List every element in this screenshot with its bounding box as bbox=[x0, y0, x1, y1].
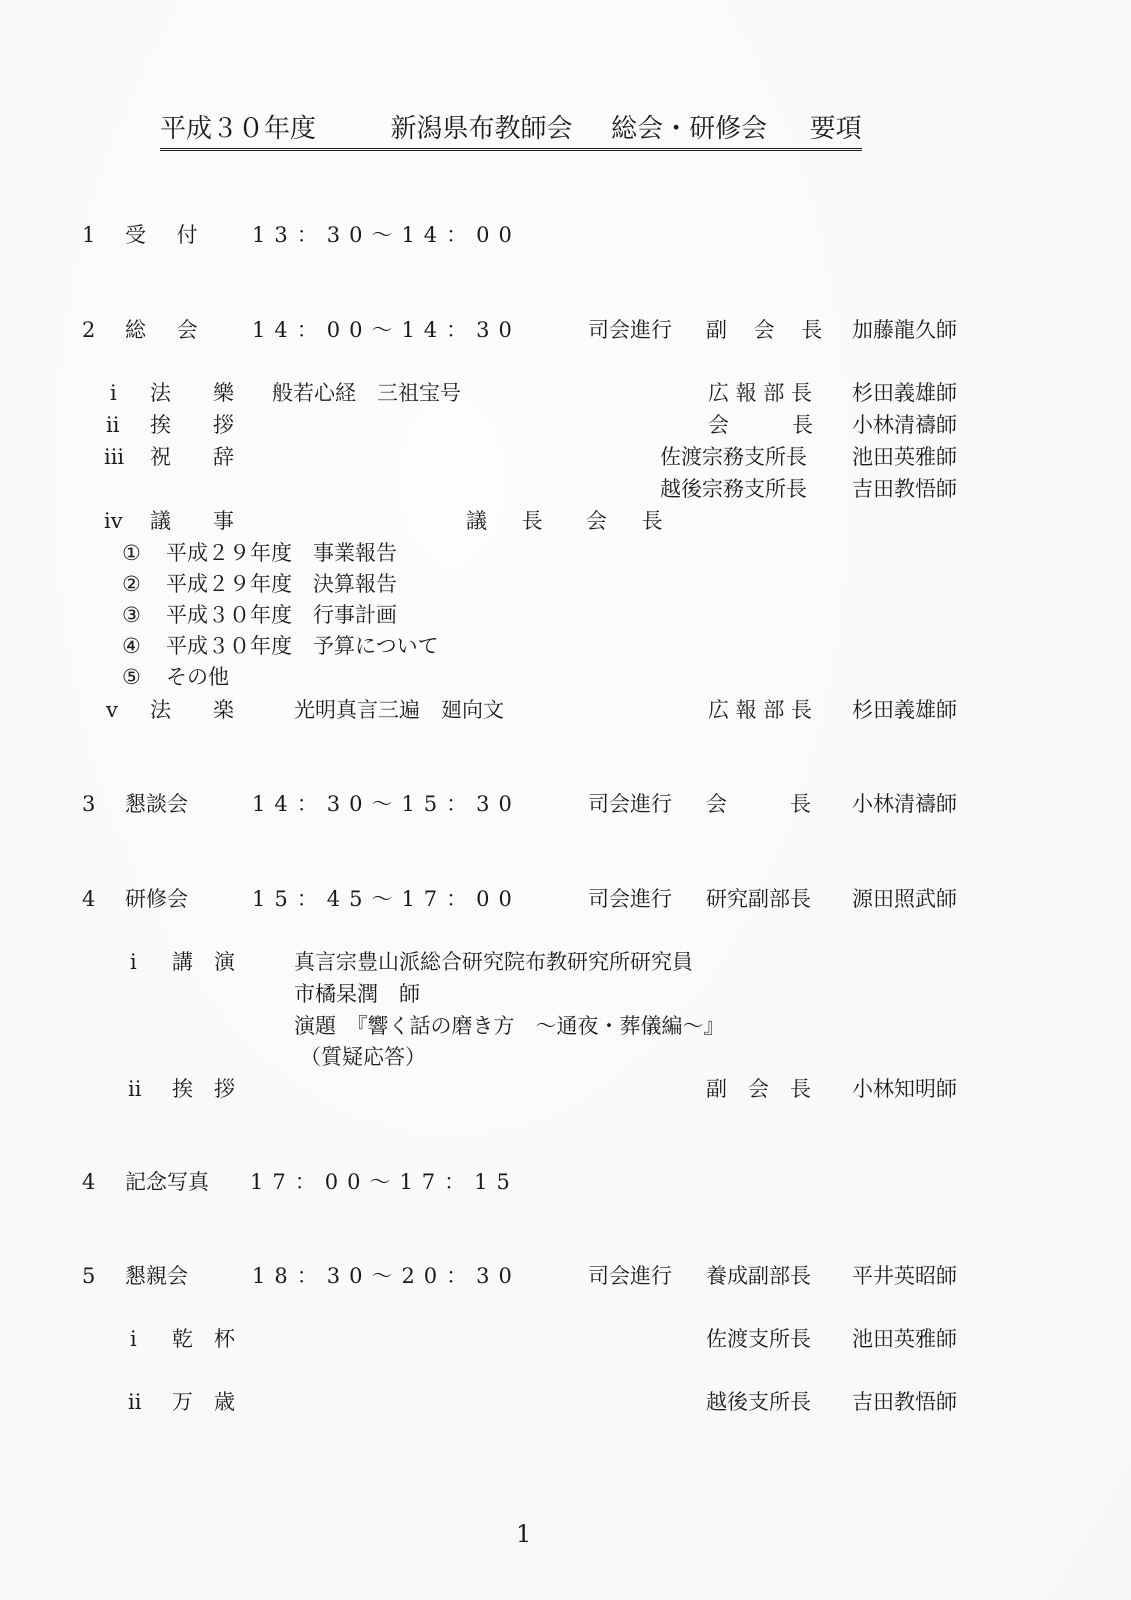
agenda-3-mark: ③ bbox=[122, 602, 141, 628]
agenda-1-mark: ① bbox=[122, 540, 141, 566]
item-5-ii-label: 万 歳 bbox=[172, 1389, 235, 1415]
section-photo-number: 4 bbox=[82, 1169, 95, 1195]
section-2-number: 2 bbox=[82, 317, 95, 343]
section-2-mc-label: 司会進行 bbox=[588, 317, 672, 343]
section-3-mc-label: 司会進行 bbox=[588, 791, 672, 817]
item-2-v-mark: v bbox=[106, 697, 118, 723]
item-2-iii-role2: 越後宗務支所長 bbox=[660, 476, 807, 502]
section-3-time: 14：30～15：30 bbox=[252, 791, 521, 817]
section-4-time: 15：45～17：00 bbox=[252, 886, 521, 912]
item-2-i-mark: i bbox=[110, 380, 117, 406]
section-5-label: 懇親会 bbox=[125, 1263, 188, 1289]
document-page: 平成３０年度 新潟県布教師会 総会・研修会 要項 1 受 付 13：30～14：… bbox=[0, 0, 1131, 1600]
item-4-ii-person: 小林知明師 bbox=[852, 1076, 957, 1102]
section-3-role: 会 長 bbox=[706, 791, 811, 817]
page-number: 1 bbox=[516, 1520, 531, 1548]
agenda-2-mark: ② bbox=[122, 571, 141, 597]
section-2-label: 総 会 bbox=[125, 317, 210, 343]
section-5-role: 養成副部長 bbox=[706, 1263, 811, 1289]
item-2-ii-label: 挨 拶 bbox=[150, 412, 234, 438]
section-4-person: 源田照武師 bbox=[852, 886, 957, 912]
item-4-i-mark: i bbox=[130, 949, 137, 975]
section-1-label: 受 付 bbox=[125, 222, 210, 248]
item-2-iii-person2: 吉田教悟師 bbox=[852, 476, 957, 502]
item-5-ii-person: 吉田教悟師 bbox=[852, 1389, 957, 1415]
item-2-ii-person: 小林清禱師 bbox=[852, 412, 957, 438]
section-5-person: 平井英昭師 bbox=[852, 1263, 957, 1289]
agenda-3-text: 平成３０年度 行事計画 bbox=[166, 602, 397, 628]
title-year: 平成３０年度 bbox=[160, 112, 316, 146]
item-2-iv-chair-label: 議 長 bbox=[466, 508, 557, 534]
item-5-i-person: 池田英雅師 bbox=[852, 1326, 957, 1352]
section-5-time: 18：30～20：30 bbox=[252, 1263, 521, 1289]
lecturer-name: 市橘杲潤 師 bbox=[294, 981, 420, 1007]
item-2-iii-label: 祝 辞 bbox=[150, 444, 234, 470]
item-4-ii-mark: ii bbox=[128, 1076, 141, 1102]
title-event: 総会・研修会 bbox=[611, 112, 767, 146]
section-1-number: 1 bbox=[82, 222, 95, 248]
agenda-1-text: 平成２９年度 事業報告 bbox=[166, 540, 397, 566]
section-4-label: 研修会 bbox=[125, 886, 188, 912]
title-suffix: 要項 bbox=[810, 112, 862, 146]
section-2-time: 14：00～14：30 bbox=[252, 317, 521, 343]
section-5-mc-label: 司会進行 bbox=[588, 1263, 672, 1289]
section-4-number: 4 bbox=[82, 886, 95, 912]
section-5-number: 5 bbox=[82, 1263, 95, 1289]
item-2-iii-mark: iii bbox=[104, 444, 124, 470]
item-5-i-role: 佐渡支所長 bbox=[706, 1326, 811, 1352]
item-2-i-role: 広 報 部 長 bbox=[708, 380, 812, 406]
item-4-ii-label: 挨 拶 bbox=[172, 1076, 235, 1102]
agenda-5-mark: ⑤ bbox=[122, 664, 141, 690]
item-2-iii-role: 佐渡宗務支所長 bbox=[660, 444, 807, 470]
page-title: 平成３０年度 新潟県布教師会 総会・研修会 要項 bbox=[160, 112, 862, 151]
agenda-4-text: 平成３０年度 予算について bbox=[166, 633, 439, 659]
item-5-ii-role: 越後支所長 bbox=[706, 1389, 811, 1415]
item-2-i-label: 法 樂 bbox=[150, 380, 234, 406]
item-5-i-label: 乾 杯 bbox=[172, 1326, 235, 1352]
item-2-iv-label: 議 事 bbox=[150, 508, 234, 534]
section-photo-time: 17：00～17：15 bbox=[250, 1169, 519, 1195]
section-1-time: 13：30～14：00 bbox=[252, 222, 521, 248]
item-2-v-detail: 光明真言三遍 廻向文 bbox=[294, 697, 504, 723]
item-2-iv-chair: 会 長 bbox=[586, 508, 677, 534]
item-4-i-label: 講 演 bbox=[172, 949, 235, 975]
item-2-v-role: 広 報 部 長 bbox=[708, 697, 812, 723]
agenda-4-mark: ④ bbox=[122, 633, 141, 659]
section-3-number: 3 bbox=[82, 791, 95, 817]
section-4-mc-label: 司会進行 bbox=[588, 886, 672, 912]
section-3-person: 小林清禱師 bbox=[852, 791, 957, 817]
item-5-i-mark: i bbox=[130, 1326, 137, 1352]
lecture-qa: （質疑応答） bbox=[300, 1044, 426, 1070]
item-5-ii-mark: ii bbox=[128, 1389, 141, 1415]
item-2-ii-role: 会 長 bbox=[708, 412, 813, 438]
item-2-v-person: 杉田義雄師 bbox=[852, 697, 957, 723]
lecture-topic: 演題 『響く話の磨き方 ～通夜・葬儀編～』 bbox=[294, 1013, 725, 1039]
item-2-ii-mark: ii bbox=[106, 412, 119, 438]
item-4-ii-role: 副 会 長 bbox=[706, 1076, 811, 1102]
item-2-iv-mark: iv bbox=[104, 508, 123, 534]
item-2-iii-person: 池田英雅師 bbox=[852, 444, 957, 470]
section-4-role: 研究副部長 bbox=[706, 886, 811, 912]
title-org: 新潟県布教師会 bbox=[391, 112, 573, 146]
agenda-5-text: その他 bbox=[166, 664, 229, 690]
item-2-i-detail: 般若心経 三祖宝号 bbox=[272, 380, 461, 406]
item-2-i-person: 杉田義雄師 bbox=[852, 380, 957, 406]
lecture-affiliation: 真言宗豊山派総合研究院布教研究所研究員 bbox=[294, 949, 693, 975]
section-3-label: 懇談会 bbox=[125, 791, 188, 817]
agenda-2-text: 平成２９年度 決算報告 bbox=[166, 571, 397, 597]
section-2-role: 副 会 長 bbox=[706, 317, 832, 343]
section-photo-label: 記念写真 bbox=[125, 1169, 209, 1195]
section-2-person: 加藤龍久師 bbox=[852, 317, 957, 343]
item-2-v-label: 法 楽 bbox=[150, 697, 234, 723]
